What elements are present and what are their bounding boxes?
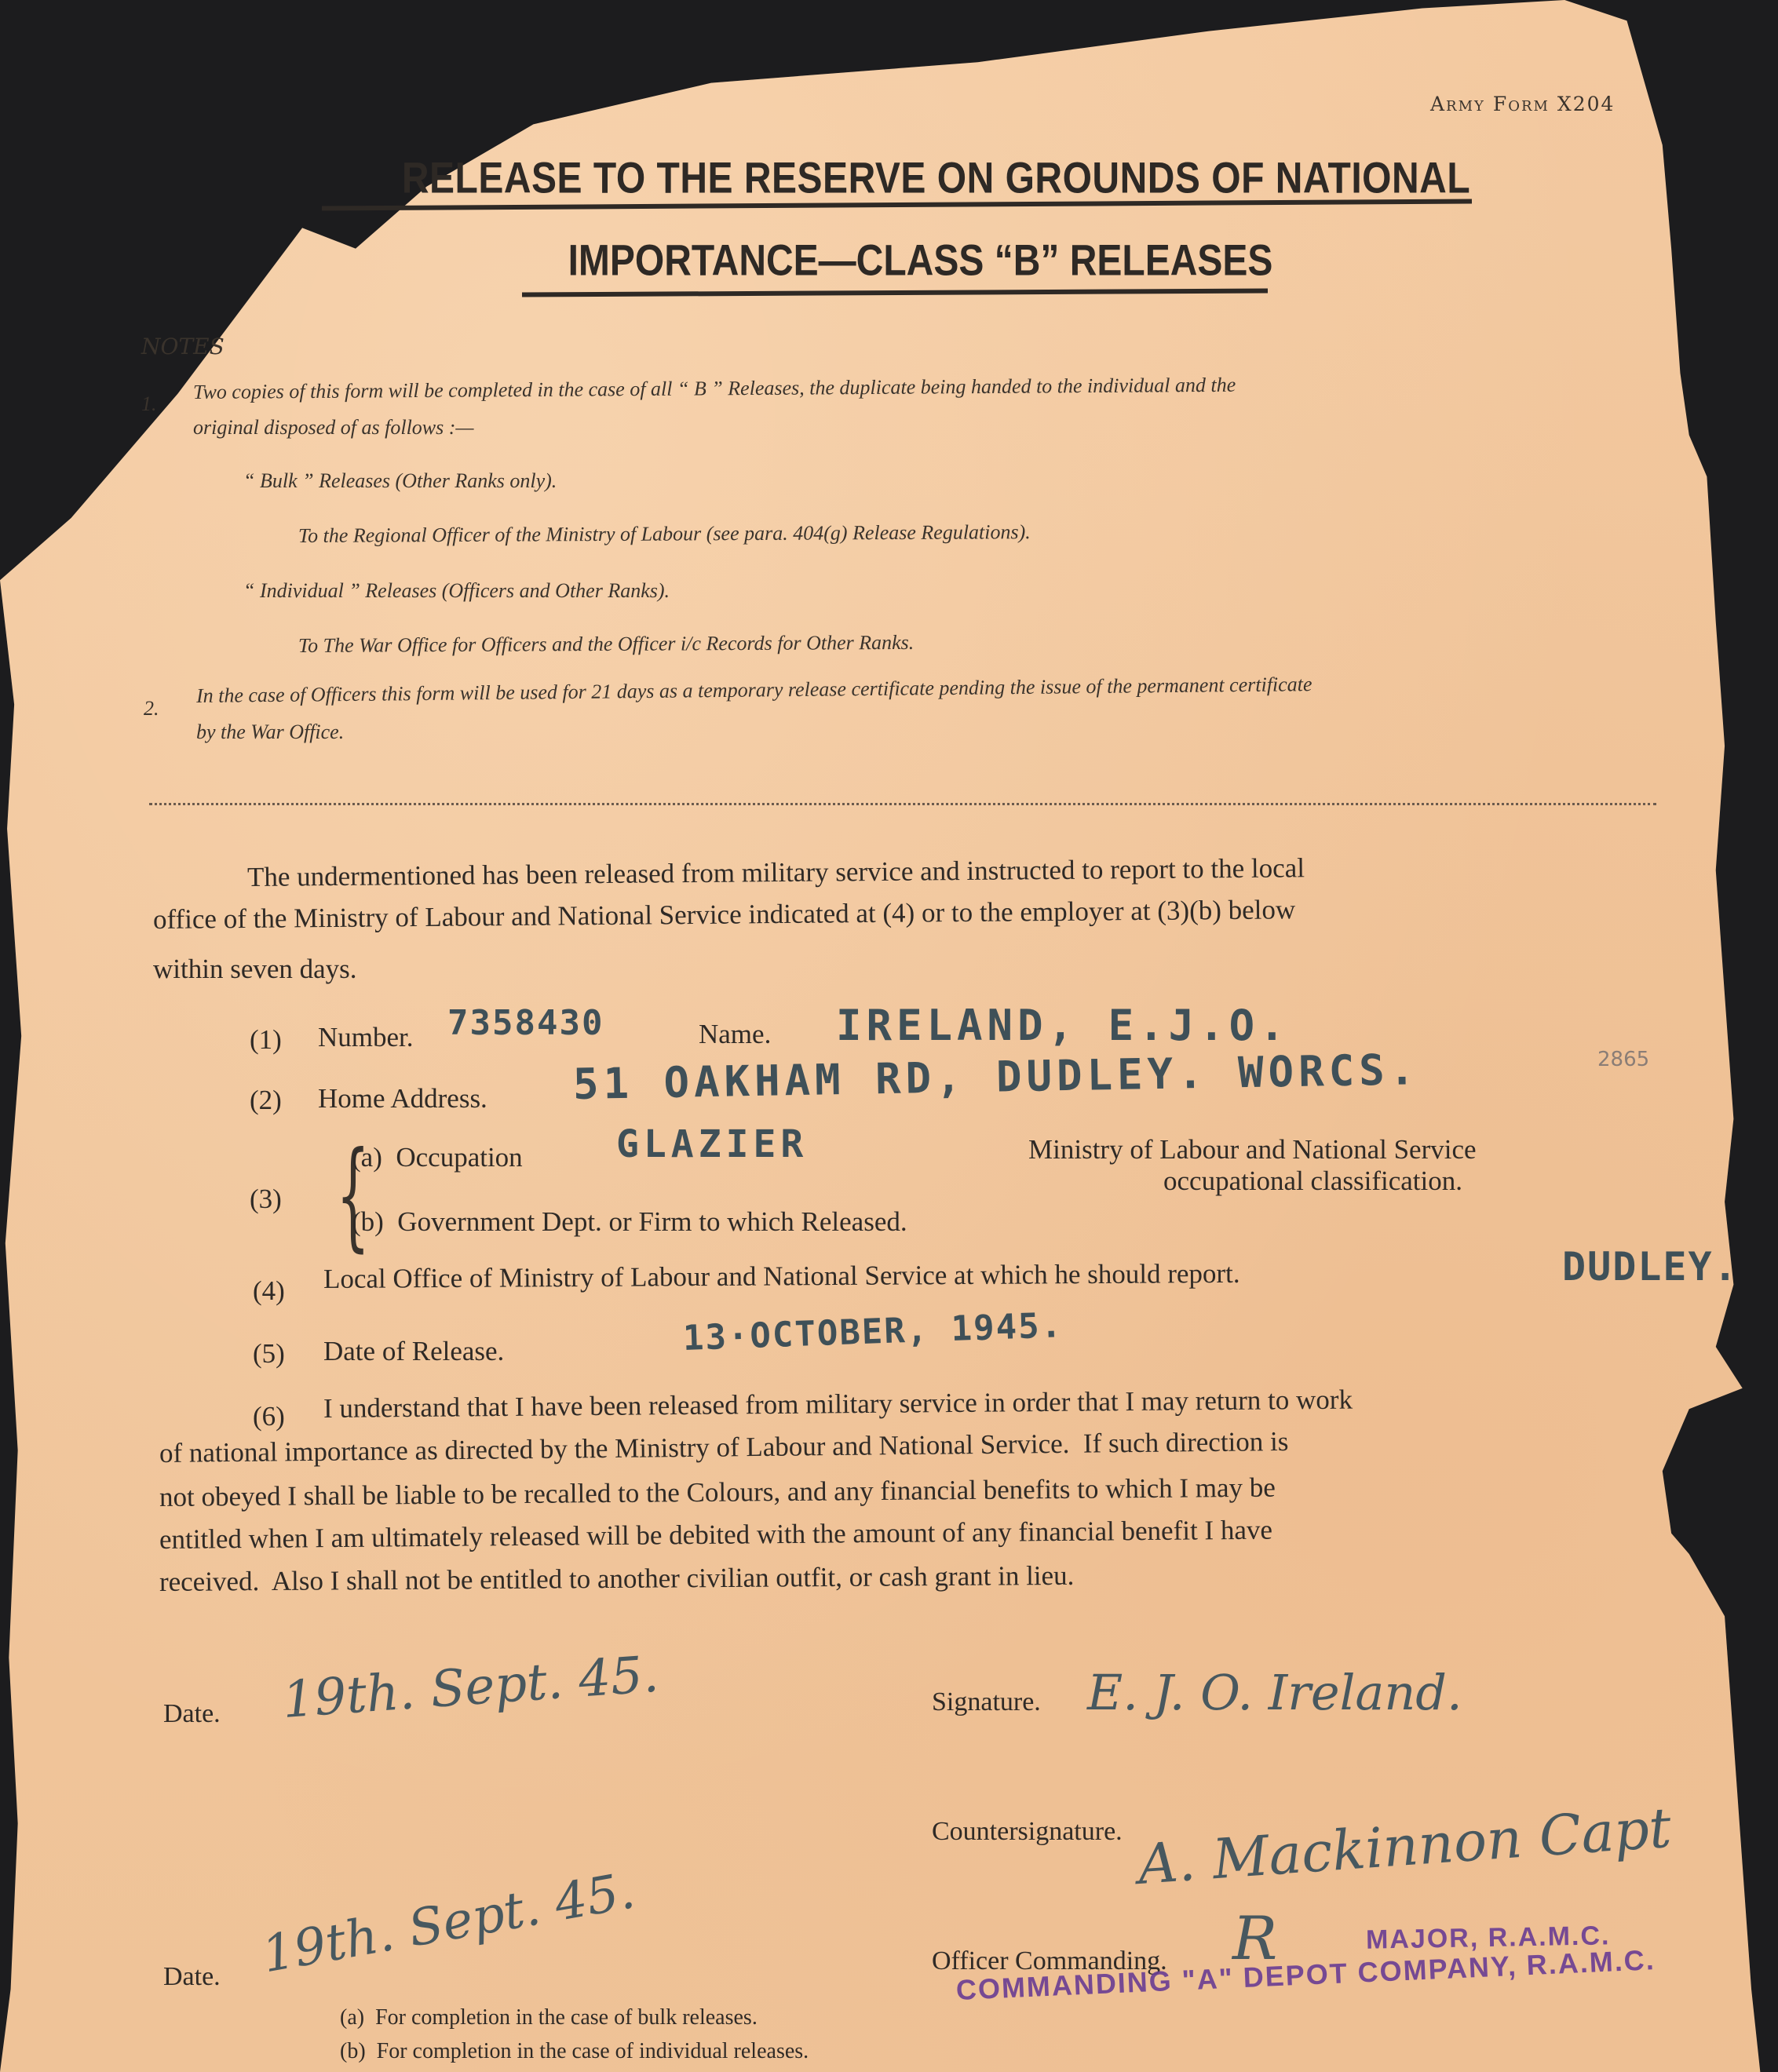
field-4-number: (4)	[253, 1275, 285, 1307]
field-3-number: (3)	[250, 1184, 282, 1215]
occupation-value: GLAZIER	[616, 1122, 808, 1166]
service-number-value: 7358430	[447, 1003, 604, 1043]
section-divider	[149, 803, 1656, 805]
occupation-classification-note-1: Ministry of Labour and National Service	[1028, 1134, 1477, 1165]
field-3a-label: (a) Occupation	[352, 1142, 523, 1173]
margin-pencil-note: 2865	[1597, 1048, 1649, 1071]
declaration-line-5: received. Also I shall not be entitled t…	[159, 1560, 1075, 1598]
form-number: Army Form X204	[1430, 93, 1615, 115]
note-1-number: 1.	[141, 392, 157, 416]
note-2-line-2: by the War Office.	[196, 720, 344, 744]
name-value: IRELAND, E.J.O.	[836, 1001, 1290, 1050]
signature-value: E. J. O. Ireland.	[1087, 1664, 1462, 1721]
field-5-label: Date of Release.	[323, 1336, 504, 1367]
note-2-number: 2.	[144, 697, 159, 720]
local-office-value: DUDLEY.	[1562, 1244, 1739, 1290]
note-bulk-destination: To the Regional Officer of the Ministry …	[298, 520, 1031, 548]
footnote-b: (b) For completion in the case of indivi…	[340, 2039, 809, 2064]
field-1-name-label: Name.	[699, 1019, 771, 1050]
title-line-2: IMPORTANCE—CLASS “B” RELEASES	[0, 236, 1778, 286]
intro-line-3: within seven days.	[153, 954, 357, 985]
field-5-number: (5)	[253, 1338, 285, 1370]
note-1-line-2: original disposed of as follows :—	[193, 416, 474, 440]
date-2-label: Date.	[163, 1962, 221, 1992]
note-individual-destination: To The War Office for Officers and the O…	[298, 631, 914, 658]
field-1-number: (1)	[250, 1024, 282, 1056]
note-individual-releases: “ Individual ” Releases (Officers and Ot…	[243, 579, 670, 603]
field-1-label: Number.	[318, 1022, 414, 1053]
note-bulk-releases: “ Bulk ” Releases (Other Ranks only).	[243, 469, 557, 493]
field-4-label: Local Office of Ministry of Labour and N…	[323, 1258, 1240, 1295]
field-3b-label: (b) Government Dept. or Firm to which Re…	[352, 1206, 907, 1238]
signature-label: Signature.	[932, 1687, 1041, 1717]
countersignature-label: Countersignature.	[932, 1817, 1123, 1847]
footnote-a: (a) For completion in the case of bulk r…	[340, 2005, 758, 2030]
occupation-classification-note-2: occupational classification.	[1163, 1165, 1462, 1197]
title-line-1: RELEASE TO THE RESERVE ON GROUNDS OF NAT…	[0, 154, 1778, 203]
date-1-label: Date.	[163, 1699, 221, 1729]
notes-heading: NOTES	[141, 334, 225, 359]
field-2-number: (2)	[250, 1085, 282, 1116]
field-2-label: Home Address.	[318, 1083, 487, 1114]
field-6-number: (6)	[253, 1401, 285, 1432]
